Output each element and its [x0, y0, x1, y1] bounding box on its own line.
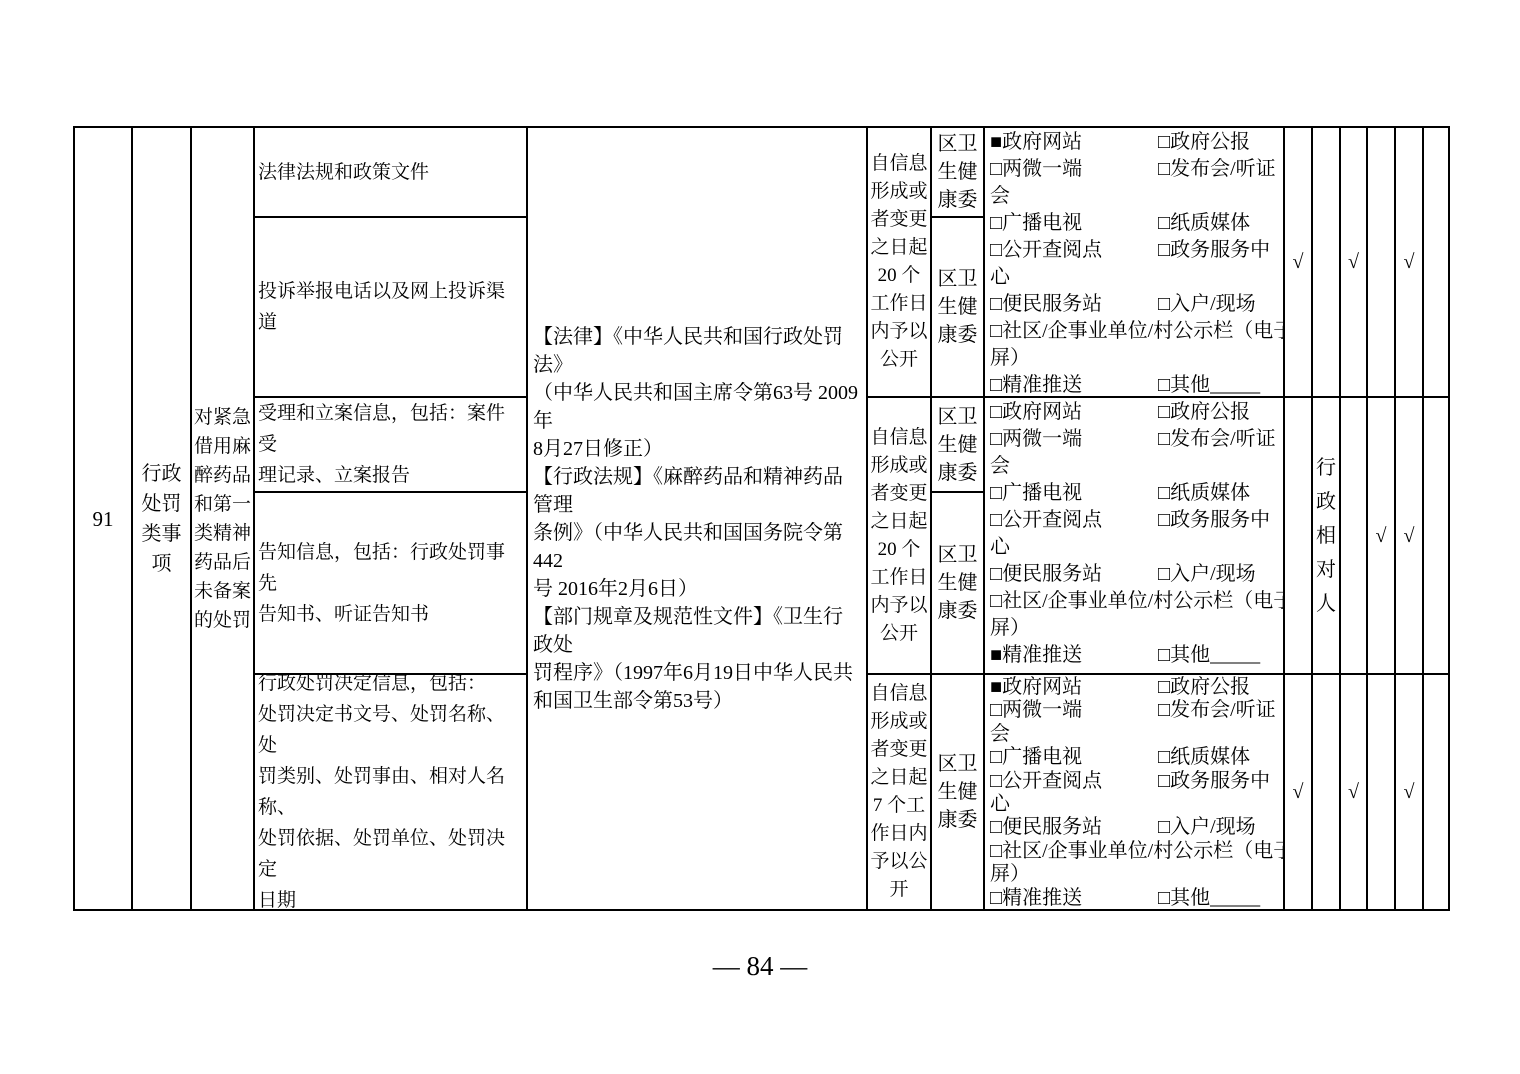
- mark-cell: [1313, 128, 1341, 398]
- channel-line: 心: [990, 793, 1283, 816]
- channel-option: ■精准推送: [990, 642, 1158, 669]
- mark-cell: [1424, 675, 1450, 911]
- mark-cell: √: [1341, 128, 1368, 398]
- channel-option: □其他_____: [1158, 642, 1283, 669]
- channel-line: □广播电视□纸质媒体: [990, 210, 1283, 237]
- mark-cell: √: [1396, 675, 1424, 911]
- channel-line: □公开查阅点□政务服务中: [990, 507, 1283, 534]
- channel-line: □社区/企事业单位/村公示栏（电子: [990, 318, 1283, 345]
- channel-line: 屏）: [990, 615, 1283, 642]
- org-cell-1: 区卫 生健 康委: [932, 128, 985, 218]
- disclosure-table: 91 行政 处罚 类事 项 对紧急 借用麻 醉药品 和第一 类精神 药品后 未备…: [73, 126, 1450, 911]
- channel-option: □便民服务站: [990, 561, 1158, 588]
- channel-option: [1158, 534, 1283, 561]
- channel-line: 心: [990, 264, 1283, 291]
- channel-option: □纸质媒体: [1158, 746, 1283, 769]
- channel-option: 会: [990, 183, 1158, 210]
- channel-option: 心: [990, 793, 1158, 816]
- channel-option: □两微一端: [990, 699, 1158, 722]
- channel-option: □发布会/听证: [1158, 426, 1283, 453]
- channel-option: □广播电视: [990, 480, 1158, 507]
- channel-option: □发布会/听证: [1158, 156, 1283, 183]
- channel-option: ■政府网站: [990, 676, 1158, 699]
- channel-option: □社区/企事业单位/村公示栏（电子: [990, 318, 1285, 345]
- channel-option: □社区/企事业单位/村公示栏（电子: [990, 588, 1285, 615]
- matter-name-cell: 对紧急 借用麻 醉药品 和第一 类精神 药品后 未备案 的处罚: [192, 128, 255, 911]
- channel-option: 屏）: [990, 615, 1158, 642]
- category-cell: 行政 处罚 类事 项: [133, 128, 192, 911]
- channel-option: 屏）: [990, 863, 1158, 886]
- channel-line: ■政府网站□政府公报: [990, 676, 1283, 699]
- item-cell-laws: 法律法规和政策文件: [255, 128, 528, 218]
- channel-option: ■政府网站: [990, 129, 1158, 156]
- channel-option: □其他_____: [1158, 372, 1283, 398]
- channel-option: [1158, 453, 1283, 480]
- channel-line: 心: [990, 534, 1283, 561]
- channel-option: □政府公报: [1158, 129, 1283, 156]
- mark-cell: √: [1285, 675, 1313, 911]
- channel-option: □两微一端: [990, 156, 1158, 183]
- item-cell-notification: 告知信息，包括：行政处罚事先 告知书、听证告知书: [255, 493, 528, 675]
- time-limit-cell-2: 自信息 形成或 者变更 之日起 20 个 工作日 内予以 公开: [868, 398, 932, 675]
- channel-line: □社区/企事业单位/村公示栏（电子: [990, 588, 1283, 615]
- channel-option: □入户/现场: [1158, 561, 1283, 588]
- org-cell-3: 区卫 生健 康委: [932, 398, 985, 493]
- mark-cell: √: [1368, 398, 1396, 675]
- mark-cell: [1368, 675, 1396, 911]
- channel-option: □纸质媒体: [1158, 480, 1283, 507]
- channel-line: □社区/企事业单位/村公示栏（电子: [990, 840, 1283, 863]
- legal-basis-cell: 【法律】《中华人民共和国行政处罚法》 （中华人民共和国主席令第63号 2009年…: [528, 128, 868, 911]
- channel-line: □两微一端□发布会/听证: [990, 156, 1283, 183]
- mark-cell: [1424, 128, 1450, 398]
- channel-line: 会: [990, 723, 1283, 746]
- channel-line: 会: [990, 183, 1283, 210]
- channel-line: □广播电视□纸质媒体: [990, 480, 1283, 507]
- channel-option: [1158, 723, 1283, 746]
- channel-line: 屏）: [990, 345, 1283, 372]
- channel-line: 会: [990, 453, 1283, 480]
- channel-option: □政府公报: [1158, 399, 1283, 426]
- channel-option: 屏）: [990, 345, 1158, 372]
- channel-line: 屏）: [990, 863, 1283, 886]
- channel-option: □发布会/听证: [1158, 699, 1283, 722]
- channel-option: □广播电视: [990, 746, 1158, 769]
- channel-line: □便民服务站□入户/现场: [990, 291, 1283, 318]
- channel-line: □广播电视□纸质媒体: [990, 746, 1283, 769]
- time-limit-cell-3: 自信息 形成或 者变更 之日起 7 个工 作日内 予以公 开: [868, 675, 932, 911]
- item-cell-acceptance: 受理和立案信息，包括：案件受 理记录、立案报告: [255, 398, 528, 493]
- channel-option: 心: [990, 264, 1158, 291]
- channel-option: □入户/现场: [1158, 816, 1283, 839]
- channel-option: □便民服务站: [990, 291, 1158, 318]
- item-cell-complaint: 投诉举报电话以及网上投诉渠道: [255, 218, 528, 398]
- row-number-cell: 91: [75, 128, 133, 911]
- mark-cell-administrative-counterpart: 行 政 相 对 人: [1313, 398, 1341, 675]
- channel-option: □入户/现场: [1158, 291, 1283, 318]
- channel-option: [1158, 345, 1283, 372]
- channel-option: □公开查阅点: [990, 770, 1158, 793]
- channel-option: □政府公报: [1158, 676, 1283, 699]
- org-cell-2: 区卫 生健 康委: [932, 218, 985, 398]
- channel-line: □便民服务站□入户/现场: [990, 816, 1283, 839]
- channel-option: □公开查阅点: [990, 507, 1158, 534]
- channel-line: □政府网站□政府公报: [990, 399, 1283, 426]
- page-number: — 84 —: [0, 951, 1520, 982]
- channel-line: □两微一端□发布会/听证: [990, 699, 1283, 722]
- time-limit-cell-1: 自信息 形成或 者变更 之日起 20 个 工作日 内予以 公开: [868, 128, 932, 398]
- channel-option: 会: [990, 723, 1158, 746]
- channel-option: □两微一端: [990, 426, 1158, 453]
- mark-cell: [1341, 398, 1368, 675]
- channels-cell-3: ■政府网站□政府公报 □两微一端□发布会/听证 会 □广播电视□纸质媒体 □公开…: [985, 675, 1285, 911]
- channel-option: [1158, 793, 1283, 816]
- channel-option: □纸质媒体: [1158, 210, 1283, 237]
- mark-cell: √: [1396, 398, 1424, 675]
- mark-cell: [1424, 398, 1450, 675]
- channel-option: 心: [990, 534, 1158, 561]
- org-cell-5: 区卫 生健 康委: [932, 675, 985, 911]
- channel-option: □社区/企事业单位/村公示栏（电子: [990, 840, 1285, 863]
- channel-line: □公开查阅点□政务服务中: [990, 770, 1283, 793]
- item-cell-decision: 行政处罚决定信息，包括： 处罚决定书文号、处罚名称、处 罚类别、处罚事由、相对人…: [255, 675, 528, 911]
- channel-option: 会: [990, 453, 1158, 480]
- channel-line: □便民服务站□入户/现场: [990, 561, 1283, 588]
- channel-option: □政府网站: [990, 399, 1158, 426]
- channel-option: □政务服务中: [1158, 770, 1283, 793]
- mark-cell: [1368, 128, 1396, 398]
- channel-line: ■精准推送□其他_____: [990, 642, 1283, 669]
- mark-cell: [1285, 398, 1313, 675]
- channel-option: [1158, 183, 1283, 210]
- channel-option: □政务服务中: [1158, 507, 1283, 534]
- channel-option: □广播电视: [990, 210, 1158, 237]
- channel-line: □精准推送□其他_____: [990, 372, 1283, 398]
- channel-line: □两微一端□发布会/听证: [990, 426, 1283, 453]
- channel-line: □公开查阅点□政务服务中: [990, 237, 1283, 264]
- mark-cell: √: [1285, 128, 1313, 398]
- channel-option: □便民服务站: [990, 816, 1158, 839]
- channel-option: □精准推送: [990, 887, 1158, 910]
- channel-option: □政务服务中: [1158, 237, 1283, 264]
- mark-cell: √: [1341, 675, 1368, 911]
- channel-option: □其他_____: [1158, 887, 1283, 910]
- channels-cell-1: ■政府网站□政府公报 □两微一端□发布会/听证 会 □广播电视□纸质媒体 □公开…: [985, 128, 1285, 398]
- document-page: 91 行政 处罚 类事 项 对紧急 借用麻 醉药品 和第一 类精神 药品后 未备…: [0, 0, 1520, 1074]
- channel-line: ■政府网站□政府公报: [990, 129, 1283, 156]
- channel-option: [1158, 264, 1283, 291]
- channel-option: [1158, 615, 1283, 642]
- mark-cell: [1313, 675, 1341, 911]
- channel-option: □精准推送: [990, 372, 1158, 398]
- org-cell-4: 区卫 生健 康委: [932, 493, 985, 675]
- channel-option: [1158, 863, 1283, 886]
- channels-cell-2: □政府网站□政府公报 □两微一端□发布会/听证 会 □广播电视□纸质媒体 □公开…: [985, 398, 1285, 675]
- channel-option: □公开查阅点: [990, 237, 1158, 264]
- mark-cell: √: [1396, 128, 1424, 398]
- channel-line: □精准推送□其他_____: [990, 887, 1283, 910]
